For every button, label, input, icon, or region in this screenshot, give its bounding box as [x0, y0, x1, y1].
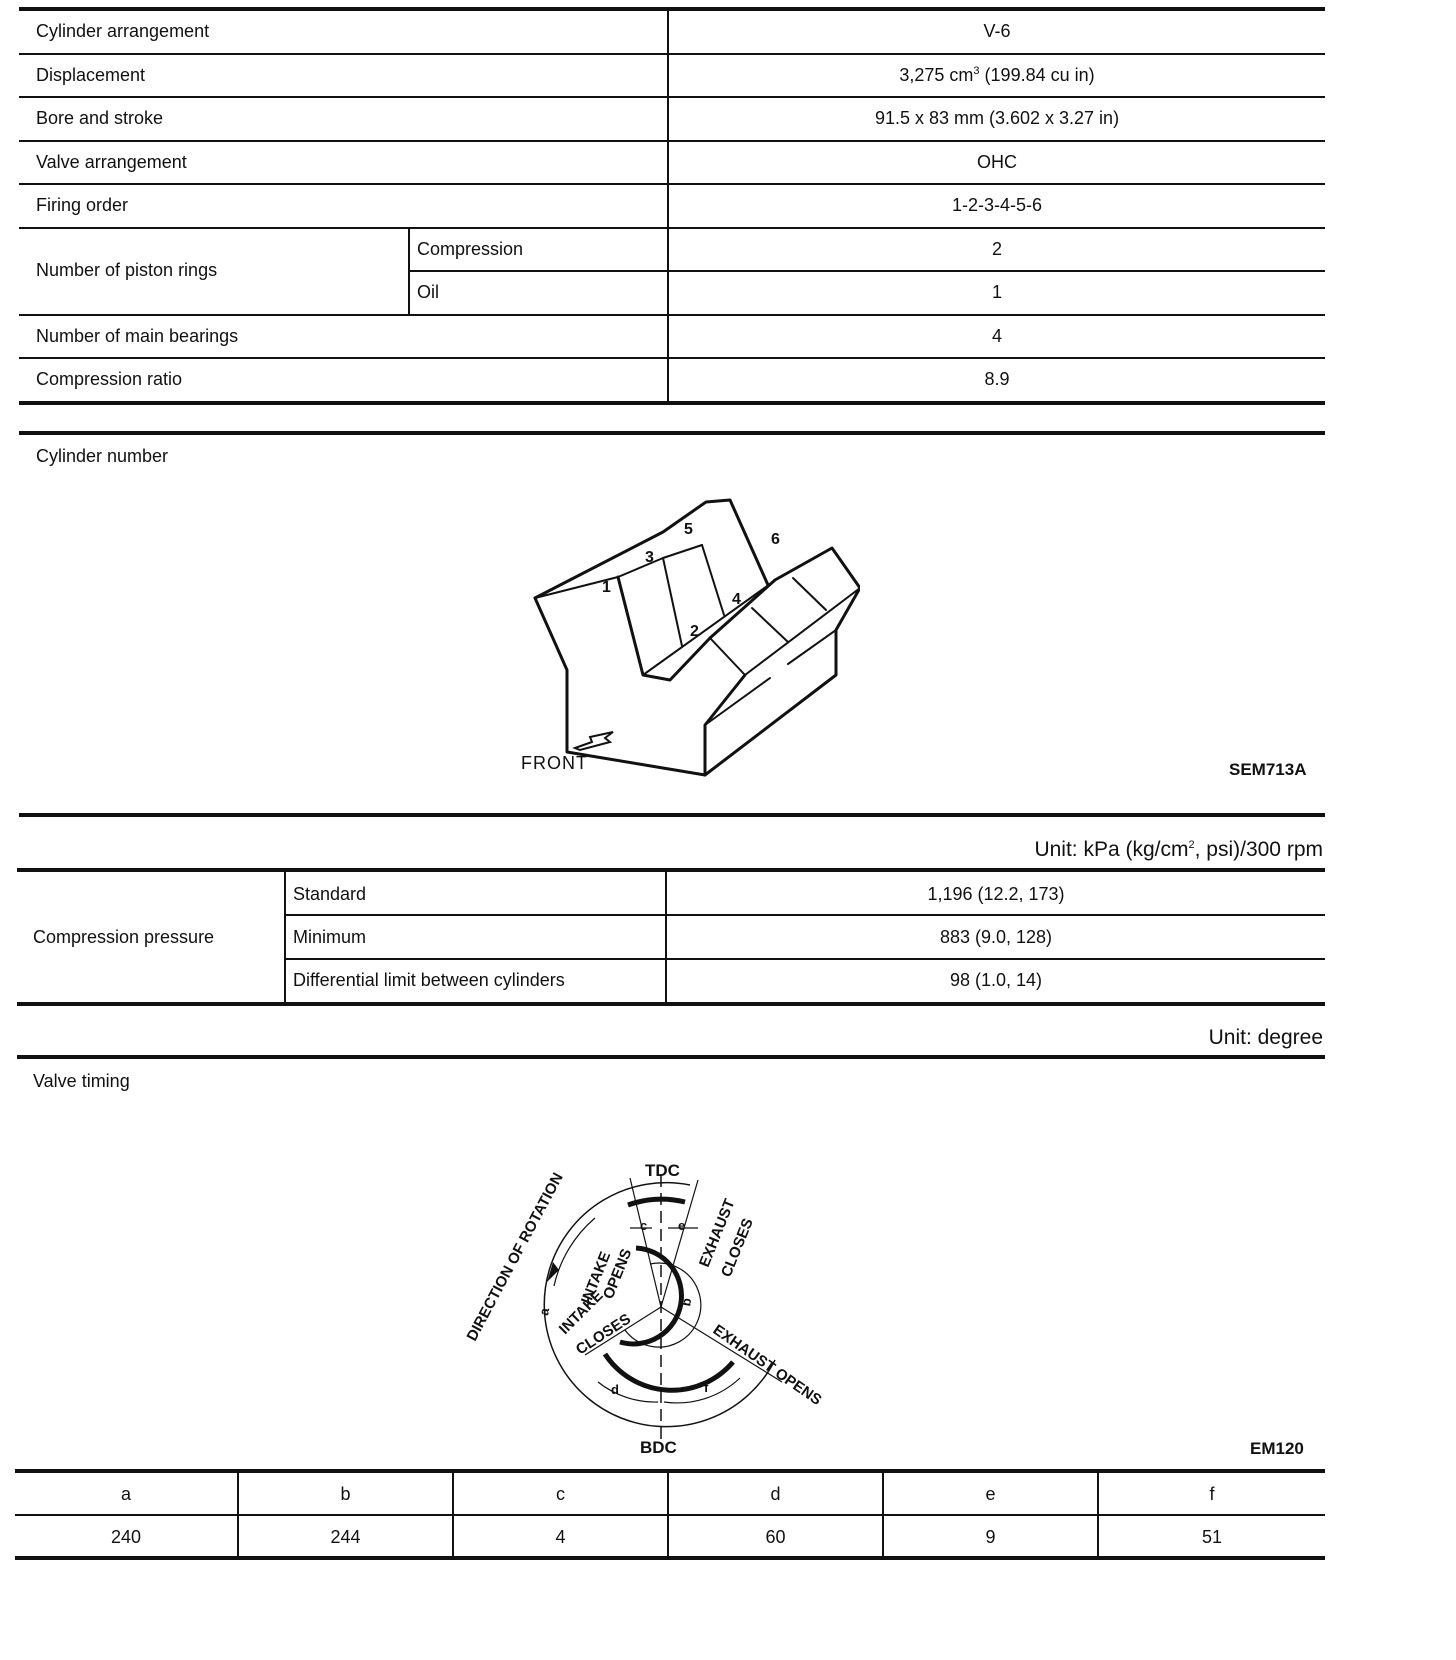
row-divider: [15, 1514, 1325, 1516]
row-divider: [19, 183, 1325, 185]
angle-b-label: b: [678, 1297, 694, 1307]
pressure-row-label: Differential limit between cylinders: [293, 970, 565, 990]
unit-label: Unit: degree: [1209, 1026, 1323, 1050]
column-header-a: a: [15, 1484, 237, 1504]
pressure-row-label: Standard: [293, 884, 366, 904]
spec-value: 4: [669, 326, 1325, 346]
spec-label: Number of piston rings: [36, 260, 217, 280]
spec-label: Cylinder arrangement: [36, 21, 209, 41]
compression-pressure-label: Compression pressure: [33, 927, 214, 947]
angle-c-label: c: [640, 1218, 647, 1233]
table-bottom-rule: [17, 1002, 1325, 1006]
spec-value: 3,275 cm3 (199.84 cu in): [669, 65, 1325, 85]
value-a: 240: [15, 1527, 237, 1547]
column-header-b: b: [239, 1484, 452, 1504]
spec-value: 2: [669, 239, 1325, 259]
section-bottom-rule: [19, 813, 1325, 817]
row-divider: [408, 270, 1325, 272]
row-divider: [19, 357, 1325, 359]
row-divider: [19, 314, 1325, 316]
unit-label: Unit: kPa (kg/cm2, psi)/300 rpm: [1034, 838, 1323, 862]
value-c: 4: [454, 1527, 667, 1547]
column-divider: [284, 870, 286, 1003]
pressure-row-value: 98 (1.0, 14): [667, 970, 1325, 990]
table-bottom-rule: [15, 1556, 1325, 1560]
spec-label: Valve arrangement: [36, 152, 187, 172]
section-top-rule: [17, 1055, 1325, 1059]
row-divider: [19, 53, 1325, 55]
bdc-label: BDC: [640, 1438, 677, 1457]
table-bottom-rule: [19, 401, 1325, 405]
spec-label: Bore and stroke: [36, 108, 163, 128]
angle-d-label: d: [611, 1382, 619, 1397]
section-title: Cylinder number: [36, 446, 168, 466]
figure-code: EM120: [1250, 1439, 1304, 1459]
column-header-f: f: [1099, 1484, 1325, 1504]
front-label: FRONT: [521, 753, 588, 774]
section-top-rule: [19, 431, 1325, 435]
cylinder-6-label: 6: [771, 531, 780, 548]
row-divider: [19, 227, 1325, 229]
column-header-d: d: [669, 1484, 882, 1504]
spec-value: OHC: [669, 152, 1325, 172]
cylinder-2-label: 2: [690, 623, 699, 640]
pressure-row-value: 883 (9.0, 128): [667, 927, 1325, 947]
row-divider: [284, 914, 1325, 916]
v6-engine-block-diagram: 1 2 3 4 5 6: [500, 480, 860, 780]
spec-label: Compression ratio: [36, 369, 182, 389]
value-f: 51: [1099, 1527, 1325, 1547]
cylinder-3-label: 3: [645, 549, 654, 566]
column-divider: [408, 227, 410, 315]
row-divider: [19, 140, 1325, 142]
section-title: Valve timing: [33, 1071, 130, 1091]
valve-timing-diagram: TDC BDC DIRECTION OF ROTATION INTAKE OPE…: [440, 1110, 880, 1470]
spec-label: Number of main bearings: [36, 326, 238, 346]
spec-sublabel: Compression: [417, 239, 523, 259]
cylinder-4-label: 4: [732, 591, 741, 608]
rotation-label: DIRECTION OF ROTATION: [464, 1170, 567, 1344]
front-arrow-icon: [575, 732, 613, 750]
column-header-e: e: [884, 1484, 1097, 1504]
angle-f-label: f: [704, 1380, 709, 1395]
row-divider: [19, 96, 1325, 98]
table-top-rule: [15, 1469, 1325, 1473]
spec-sublabel: Oil: [417, 282, 439, 302]
spec-value: 1-2-3-4-5-6: [669, 195, 1325, 215]
tdc-label: TDC: [645, 1161, 680, 1180]
value-e: 9: [884, 1527, 1097, 1547]
table-top-rule: [17, 868, 1325, 872]
table-top-rule: [19, 7, 1325, 11]
figure-code: SEM713A: [1229, 760, 1306, 780]
spec-value: V-6: [669, 21, 1325, 41]
spec-label: Displacement: [36, 65, 145, 85]
pressure-row-value: 1,196 (12.2, 173): [667, 884, 1325, 904]
value-b: 244: [239, 1527, 452, 1547]
spec-label: Firing order: [36, 195, 128, 215]
spec-value: 91.5 x 83 mm (3.602 x 3.27 in): [669, 108, 1325, 128]
value-d: 60: [669, 1527, 882, 1547]
spec-value: 1: [669, 282, 1325, 302]
spec-value: 8.9: [669, 369, 1325, 389]
row-divider: [284, 958, 1325, 960]
column-header-c: c: [454, 1484, 667, 1504]
cylinder-5-label: 5: [684, 521, 693, 538]
cylinder-1-label: 1: [602, 579, 611, 596]
angle-e-label: e: [678, 1218, 685, 1233]
pressure-row-label: Minimum: [293, 927, 366, 947]
